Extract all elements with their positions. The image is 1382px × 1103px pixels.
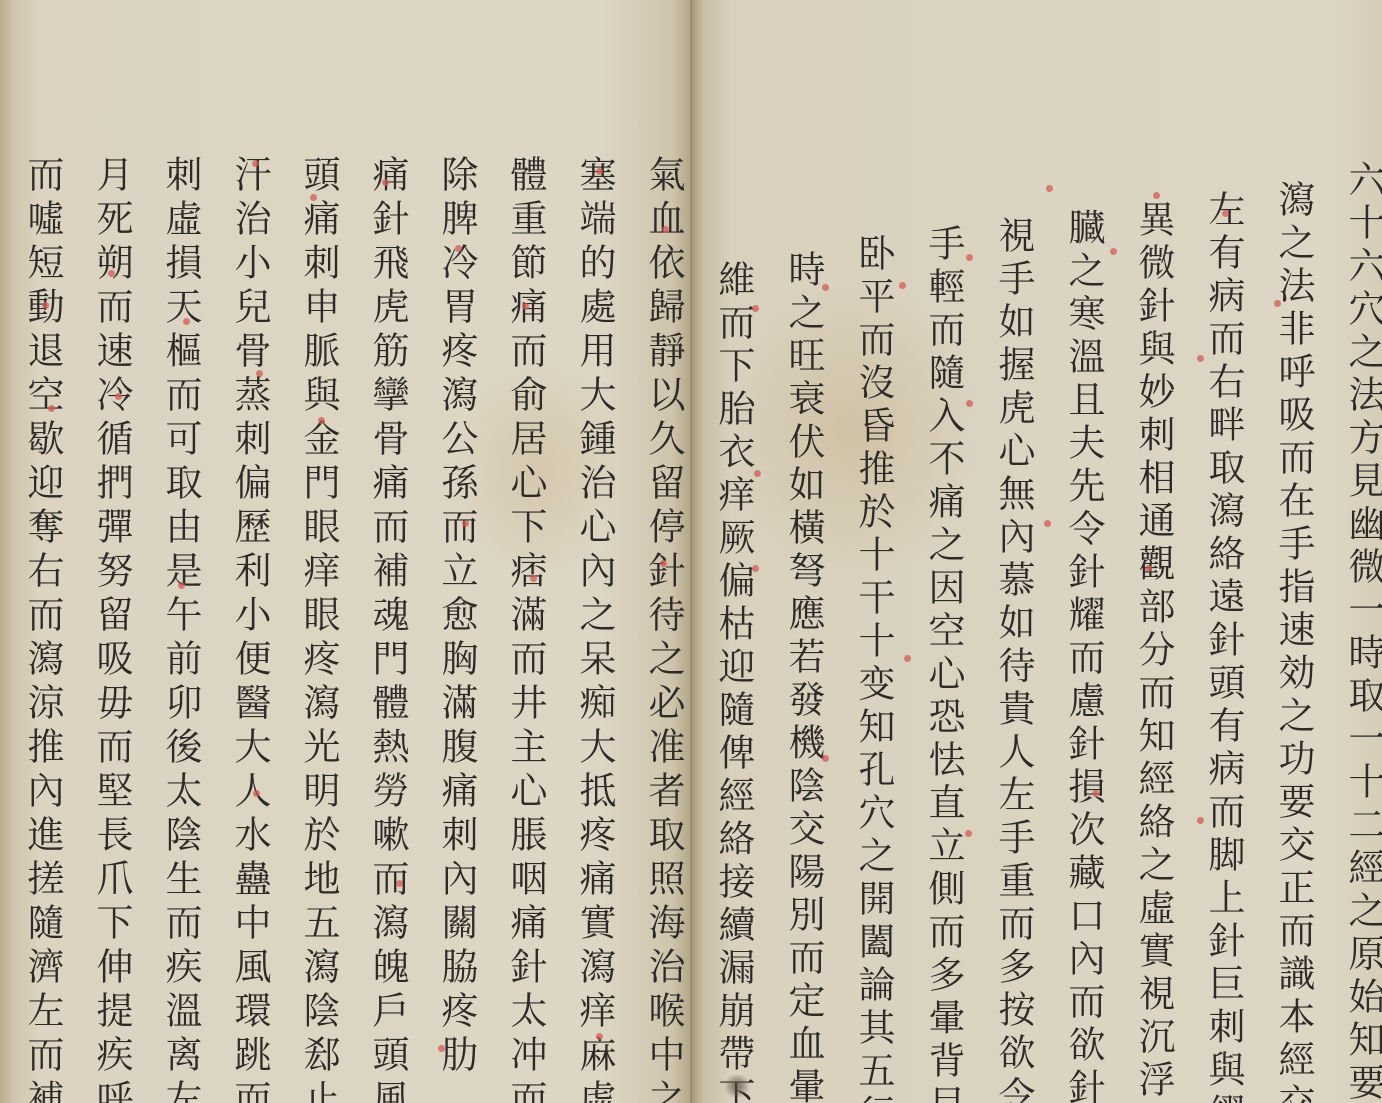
right-column-4: 異微針與妙刺相通觀部分而知經絡之虛實視沉浮而辨五 [1102, 150, 1172, 1050]
right-page-columns: 六十六穴之法方見幽微一時取一十二經之原始知要妙原夫補 瀉之法非呼吸而在手指速効之… [692, 150, 1382, 1050]
red-punctuation-mark [318, 417, 325, 424]
red-punctuation-mark [462, 520, 469, 527]
red-punctuation-mark [754, 470, 761, 477]
right-column-1: 六十六穴之法方見幽微一時取一十二經之原始知要妙原夫補 [1312, 150, 1382, 1050]
right-column-2: 瀉之法非呼吸而在手指速効之功要交正而識本經交經繆刺 [1242, 150, 1312, 1050]
red-punctuation-mark [1274, 300, 1281, 307]
red-punctuation-mark [1145, 565, 1152, 572]
left-column-8: 刺虛損天樞而可取由是午前卯後太陰生而疾溫离左酉南 [130, 145, 199, 1045]
red-punctuation-mark [822, 755, 829, 762]
red-punctuation-mark [108, 270, 115, 277]
left-column-1: 氣血依歸靜以久留停針待之必准者取照海治喉中之閉 [613, 145, 682, 1045]
red-punctuation-mark [660, 560, 667, 567]
red-punctuation-mark [48, 405, 55, 412]
red-punctuation-mark [752, 565, 759, 572]
red-punctuation-mark [904, 655, 911, 662]
red-punctuation-mark [822, 284, 829, 291]
red-punctuation-mark [178, 582, 185, 589]
red-punctuation-mark [1222, 210, 1229, 217]
red-punctuation-mark [183, 318, 190, 325]
left-column-6: 頭痛刺申脈與金門眼痒眼疼瀉光明於地五瀉陰郄止盜 [268, 145, 337, 1045]
left-column-10: 而噓短動退空歇迎奪右而瀉涼推內進搓隨濟左而補暖 [0, 145, 61, 1045]
right-column-6: 視手如握虎心無內慕如待貴人左手重而多按欲令氣散右 [962, 150, 1032, 1050]
red-punctuation-mark [899, 282, 906, 289]
manuscript-spread: 氣血依歸靜以久留停針待之必准者取照海治喉中之閉 塞端的處用大鍾治心內之呆痴大抵疼… [0, 0, 1382, 1103]
red-punctuation-mark [662, 226, 669, 233]
right-column-5: 臓之寒溫且夫先令針耀而慮針損次藏口內而欲針溫目無外 [1032, 150, 1102, 1050]
red-punctuation-mark [1046, 185, 1053, 192]
red-punctuation-mark [966, 254, 973, 261]
left-column-7: 汗治小兒骨蒸刺偏歷利小便醫大人水蠱中風環跳而宜 [199, 145, 268, 1045]
red-punctuation-mark [966, 400, 973, 407]
ink-smudge [722, 1075, 752, 1097]
left-page-columns: 氣血依歸靜以久留停針待之必准者取照海治喉中之閉 塞端的處用大鍾治心內之呆痴大抵疼… [0, 145, 682, 1045]
red-punctuation-mark [1197, 817, 1204, 824]
red-punctuation-mark [1153, 192, 1160, 199]
red-punctuation-mark [252, 160, 259, 167]
red-punctuation-mark [438, 1045, 445, 1052]
left-column-9: 月死朔而速冷循捫彈努留吸毋而堅長爪下伸提疾呼子 [61, 145, 130, 1045]
red-punctuation-mark [115, 393, 122, 400]
red-punctuation-mark [752, 305, 759, 312]
red-punctuation-mark [310, 194, 317, 201]
left-column-3: 體重節痛而俞居心下痞滿而井主心脹咽痛針太冲而必 [475, 145, 544, 1045]
red-punctuation-mark [256, 370, 263, 377]
red-punctuation-mark [1092, 790, 1099, 797]
right-column-3: 左有病而右畔取瀉絡遠針頭有病而脚上針巨刺與繆刺各 [1172, 150, 1242, 1050]
left-column-5: 痛針飛虎筋攣骨痛而補魂門體熱勞嗽而瀉魄戶頭風 [337, 145, 406, 1045]
red-punctuation-mark [1044, 520, 1051, 527]
right-page: 六十六穴之法方見幽微一時取一十二經之原始知要妙原夫補 瀉之法非呼吸而在手指速効之… [692, 0, 1382, 1103]
red-punctuation-mark [530, 575, 537, 582]
red-punctuation-mark [522, 303, 529, 310]
red-punctuation-mark [42, 302, 49, 309]
right-column-10: 維而下胎衣痒厥偏枯迎隨俾經絡接續漏崩帶下溫補是 [692, 150, 752, 1050]
red-punctuation-mark [596, 1033, 603, 1040]
red-punctuation-mark [965, 830, 972, 837]
red-punctuation-mark [382, 179, 389, 186]
red-punctuation-mark [253, 790, 260, 797]
left-column-2: 塞端的處用大鍾治心內之呆痴大抵疼痛實瀉痒麻虛補 [544, 145, 613, 1045]
right-column-8: 卧平而沒昏推於十干十变知孔穴之開闔論其五行五臓察日 [822, 150, 892, 1050]
red-punctuation-mark [1110, 248, 1117, 255]
right-column-9: 時之旺衰伏如橫弩應若發機陰交陽別而定血暈陰蹻陰 [752, 150, 822, 1050]
red-punctuation-mark [396, 880, 403, 887]
red-punctuation-mark [1197, 355, 1204, 362]
red-punctuation-mark [455, 245, 462, 252]
red-punctuation-mark [596, 168, 603, 175]
left-column-4: 除脾冷胃疼瀉公孫而立愈胸滿腹痛刺內關脇疼肋 [406, 145, 475, 1045]
left-page: 氣血依歸靜以久留停針待之必准者取照海治喉中之閉 塞端的處用大鍾治心內之呆痴大抵疼… [0, 0, 692, 1103]
